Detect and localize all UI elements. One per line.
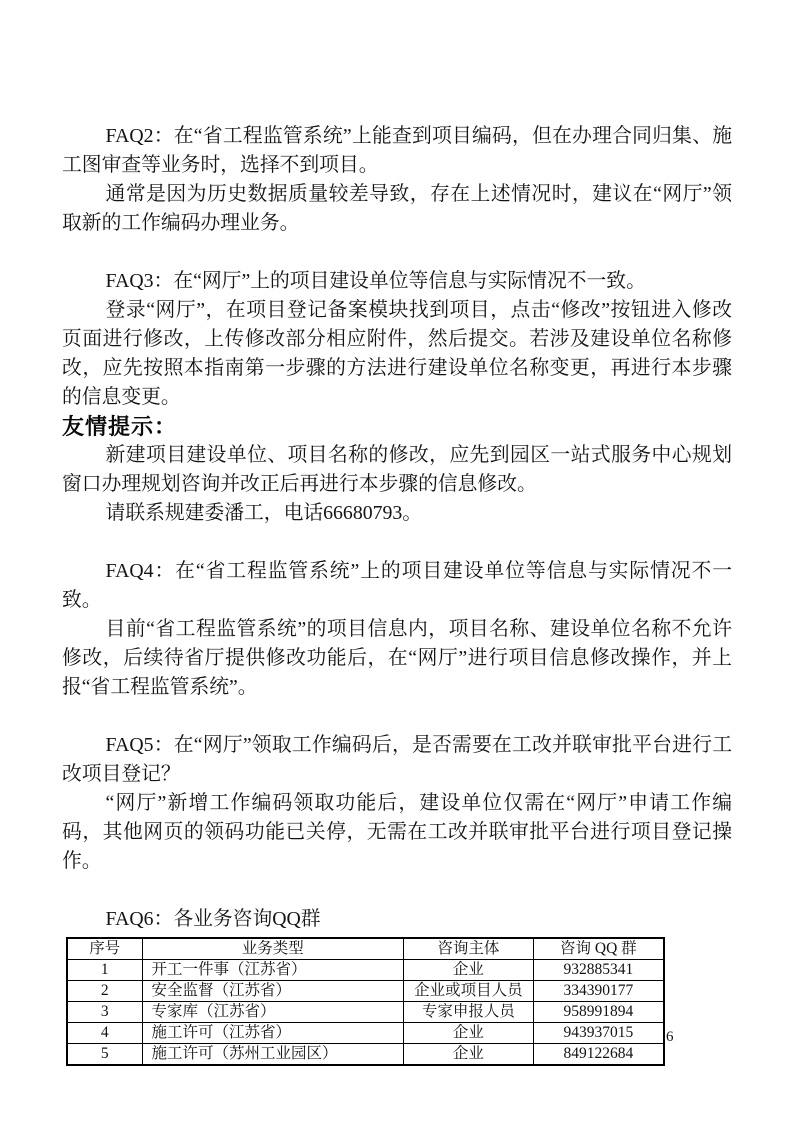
qq-group-table: 序号 业务类型 咨询主体 咨询 QQ 群 1 开工一件事（江苏省） 企业 932… <box>66 937 665 1066</box>
cell-qq-group: 334390177 <box>533 981 664 1002</box>
section-tips: 友情提示： 新建项目建设单位、项目名称的修改，应先到园区一站式服务中心规划窗口办… <box>62 412 732 528</box>
section-faq5: FAQ5：在“网厅”领取工作编码后，是否需要在工改并联审批平台进行工改项目登记？… <box>62 731 732 876</box>
section-faq6: FAQ6：各业务咨询QQ群 序号 业务类型 咨询主体 咨询 QQ 群 <box>62 905 732 1066</box>
cell-index: 2 <box>67 981 142 1002</box>
faq2-answer-paragraph: 通常是因为历史数据质量较差导致，存在上述情况时，建议在“网厅”领取新的工作编码办… <box>62 180 732 238</box>
section-faq3: FAQ3：在“网厅”上的项目建设单位等信息与实际情况不一致。 登录“网厅”，在项… <box>62 267 732 412</box>
section-faq4: FAQ4：在“省工程监管系统”上的项目建设单位等信息与实际情况不一致。 目前“省… <box>62 557 732 702</box>
page-number: 6 <box>666 1028 674 1046</box>
cell-business-type: 安全监督（江苏省） <box>142 981 404 1002</box>
document-content: FAQ2：在“省工程监管系统”上能查到项目编码，但在办理合同归集、施工图审查等业… <box>62 122 732 1066</box>
faq4-answer-paragraph: 目前“省工程监管系统”的项目信息内，项目名称、建设单位名称不允许修改，后续待省厅… <box>62 615 732 702</box>
table-row: 4 施工许可（江苏省） 企业 943937015 <box>67 1023 664 1044</box>
faq5-question-paragraph: FAQ5：在“网厅”领取工作编码后，是否需要在工改并联审批平台进行工改项目登记？ <box>62 731 732 789</box>
table-row: 5 施工许可（苏州工业园区） 企业 849122684 <box>67 1044 664 1066</box>
cell-subject: 专家申报人员 <box>404 1002 534 1023</box>
column-header-subject: 咨询主体 <box>404 938 534 960</box>
cell-business-type: 专家库（江苏省） <box>142 1002 404 1023</box>
cell-qq-group: 943937015 <box>533 1023 664 1044</box>
column-header-index: 序号 <box>67 938 142 960</box>
cell-index: 5 <box>67 1044 142 1066</box>
cell-business-type: 施工许可（苏州工业园区） <box>142 1044 404 1066</box>
table-row: 2 安全监督（江苏省） 企业或项目人员 334390177 <box>67 981 664 1002</box>
tips-contact-paragraph: 请联系规建委潘工，电话66680793。 <box>62 499 732 528</box>
column-header-qq-group: 咨询 QQ 群 <box>533 938 664 960</box>
table-row: 3 专家库（江苏省） 专家申报人员 958991894 <box>67 1002 664 1023</box>
cell-qq-group: 958991894 <box>533 1002 664 1023</box>
cell-subject: 企业 <box>404 960 534 981</box>
table-header-row: 序号 业务类型 咨询主体 咨询 QQ 群 <box>67 938 664 960</box>
cell-qq-group: 849122684 <box>533 1044 664 1066</box>
column-header-business-type: 业务类型 <box>142 938 404 960</box>
faq6-title: FAQ6：各业务咨询QQ群 <box>62 905 732 934</box>
faq2-question-paragraph: FAQ2：在“省工程监管系统”上能查到项目编码，但在办理合同归集、施工图审查等业… <box>62 122 732 180</box>
tips-heading: 友情提示： <box>62 412 732 441</box>
cell-subject: 企业或项目人员 <box>404 981 534 1002</box>
cell-qq-group: 932885341 <box>533 960 664 981</box>
cell-business-type: 开工一件事（江苏省） <box>142 960 404 981</box>
faq5-answer-paragraph: “网厅”新增工作编码领取功能后，建设单位仅需在“网厅”申请工作编码，其他网页的领… <box>62 789 732 876</box>
table-row: 1 开工一件事（江苏省） 企业 932885341 <box>67 960 664 981</box>
cell-index: 4 <box>67 1023 142 1044</box>
cell-business-type: 施工许可（江苏省） <box>142 1023 404 1044</box>
cell-index: 1 <box>67 960 142 981</box>
cell-subject: 企业 <box>404 1023 534 1044</box>
faq3-answer-paragraph: 登录“网厅”，在项目登记备案模块找到项目，点击“修改”按钮进入修改页面进行修改，… <box>62 296 732 412</box>
faq3-question-paragraph: FAQ3：在“网厅”上的项目建设单位等信息与实际情况不一致。 <box>62 267 732 296</box>
document-page: FAQ2：在“省工程监管系统”上能查到项目编码，但在办理合同归集、施工图审查等业… <box>0 0 794 1123</box>
section-faq2: FAQ2：在“省工程监管系统”上能查到项目编码，但在办理合同归集、施工图审查等业… <box>62 122 732 238</box>
tips-paragraph: 新建项目建设单位、项目名称的修改，应先到园区一站式服务中心规划窗口办理规划咨询并… <box>62 441 732 499</box>
cell-index: 3 <box>67 1002 142 1023</box>
faq4-question-paragraph: FAQ4：在“省工程监管系统”上的项目建设单位等信息与实际情况不一致。 <box>62 557 732 615</box>
cell-subject: 企业 <box>404 1044 534 1066</box>
